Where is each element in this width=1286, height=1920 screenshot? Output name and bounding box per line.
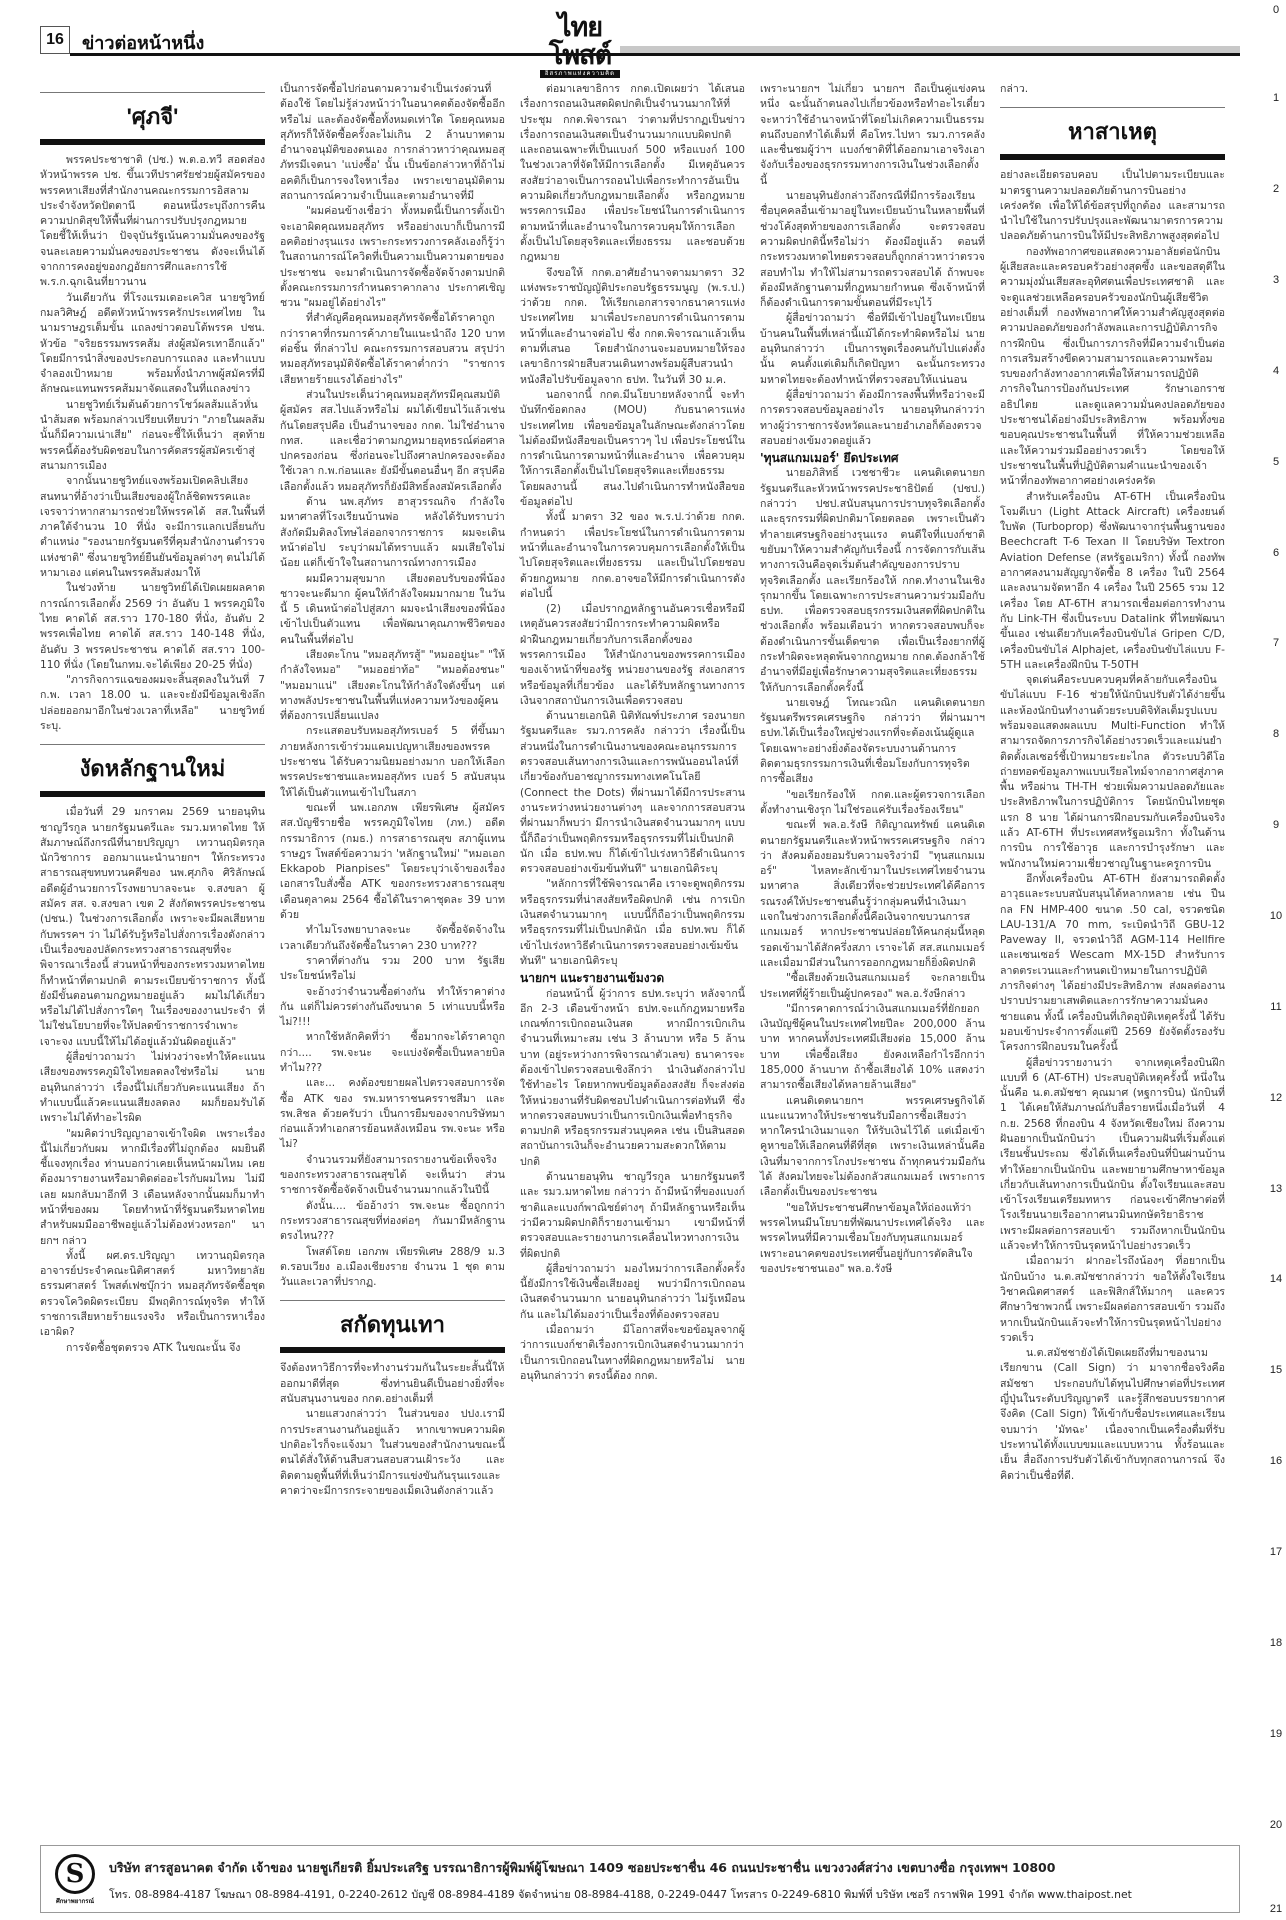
- paragraph: "ขอให้ประชาชนศึกษาข้อมูลให้ถ่องแท้ว่าพรร…: [760, 1201, 985, 1277]
- paragraph: "มีการคาดการณ์ว่าเงินสแกมเมอร์ที่ยักยอกเ…: [760, 1002, 985, 1094]
- paragraph: "หลักการที่ใช้พิจารณาคือ เราจะดูพฤติกรรม…: [520, 877, 745, 969]
- paragraph: ด้านนายอนุทิน ชาญวีรกูล นายกรัฐมนตรีและ …: [520, 1170, 745, 1262]
- section-heading-block-gray-capital: สกัดทุนเทา: [280, 1300, 505, 1353]
- paragraph: ขณะที่ นพ.เอกภพ เพียรพิเศษ ผู้สมัคร สส.บ…: [280, 801, 505, 923]
- paragraph: นายแสวงกล่าวว่า ในส่วนของ ปปง.เรามีการปร…: [280, 1407, 505, 1499]
- paragraph: เมื่อถามว่า ฝากอะไรถึงน้องๆ ที่อยากเป็นน…: [1000, 1254, 1225, 1346]
- paragraph: เพราะนายกฯ ไม่เกี่ยว นายกฯ ถือเป็นคู่แข่…: [760, 82, 985, 189]
- scale-mark: 17: [1266, 1546, 1286, 1558]
- paragraph: ผู้สื่อข่าวถามว่า ต้องมีการลงพื้นที่หรือ…: [760, 388, 985, 449]
- paragraph: กระแสตอบรับหมอสุภัทรเบอร์ 5 ที่ขึ้นมาภาย…: [280, 724, 505, 800]
- paragraph: "ซื้อเสียงด้วยเงินสแกมเมอร์ จะกลายเป็นปร…: [760, 971, 985, 1002]
- scale-mark: 21: [1266, 1903, 1286, 1915]
- publisher-logo-caption: ศึกษาพยากรณ์: [53, 1896, 97, 1906]
- divider-thick: [40, 791, 265, 797]
- scale-mark: 19: [1266, 1728, 1286, 1740]
- paragraph: ผู้สื่อข่าวถามว่า ไม่ห่วงว่าจะทำให้คะแนน…: [40, 1050, 265, 1126]
- paragraph: ผู้สื่อข่าวถามว่า ซื่อทีมีเข้าไปอยู่ในทะ…: [760, 311, 985, 387]
- paragraph: หากใช้หลักคิดที่ว่า ซื้อมากจะได้ราคาถูกก…: [280, 1030, 505, 1076]
- divider: [40, 744, 265, 745]
- scale-mark: 10: [1266, 910, 1286, 922]
- paragraph: จะอ้างว่าจำนวนซื้อต่างกัน ทำให้ราคาต่างก…: [280, 985, 505, 1031]
- scale-mark: 6: [1266, 547, 1286, 559]
- paragraph: ผู้สื่อข่าวถามว่า มองไหมว่าการเลือกตั้งค…: [520, 1262, 745, 1323]
- paragraph: จำนวนรวมที่ยังสามารถรายงานข้อเท็จจริงของ…: [280, 1153, 505, 1199]
- scale-mark: 15: [1266, 1364, 1286, 1376]
- scale-mark: 12: [1266, 1092, 1286, 1104]
- publisher-info: บริษัท สารสูอนาคต จำกัด เจ้าของ นายชูเกี…: [109, 1858, 1055, 1878]
- logo-text: ไทยโพสต์: [540, 14, 620, 70]
- section-heading-title: 'ศุภจี': [40, 103, 265, 131]
- paragraph: ผมมีความสุขมาก เสียงตอบรับของพี่น้องชาวจ…: [280, 572, 505, 648]
- paragraph: ดังนั้น.... ข้ออ้างว่า รพ.จะนะ ซื้อถูกกว…: [280, 1199, 505, 1245]
- paragraph: นายชูวิทย์เริ่มต้นด้วยการโชว์ผลส้มแล้วหั…: [40, 398, 265, 474]
- subheading: นายกฯ แนะรายงานเข้มงวด: [520, 971, 745, 986]
- paragraph: นายอภิสิทธิ์ เวชชาชีวะ แคนดิเดตนายกรัฐมน…: [760, 466, 985, 695]
- paragraph: ทั้งนี้ มาตรา 32 ของ พ.ร.ป.ว่าด้วย กกต. …: [520, 510, 745, 602]
- paragraph: "ผมคิดว่าปริญญาอาจเข้าใจผิด เพราะเรื่องน…: [40, 1127, 265, 1249]
- divider: [280, 1300, 505, 1301]
- logo-tagline: อิสรภาพแห่งความคิด: [540, 70, 620, 78]
- paragraph: เป็นการจัดซื้อไปก่อนตามความจำเป็นเร่งด่ว…: [280, 82, 505, 204]
- thaipost-logo: ไทยโพสต์ อิสรภาพแห่งความคิด: [540, 14, 620, 54]
- column-4: เพราะนายกฯ ไม่เกี่ยว นายกฯ ถือเป็นคู่แข่…: [760, 82, 985, 1277]
- divider: [40, 92, 265, 93]
- column-3: ต่อมาเลขาธิการ กกต.เปิดเผยว่า ได้เสนอเรื…: [520, 82, 745, 1384]
- publisher-logo-icon: [55, 1854, 95, 1894]
- scale-mark: 11: [1266, 1001, 1286, 1013]
- paragraph: ในช่วงท้าย นายชูวิทย์ได้เปิดเผยผลคาดการณ…: [40, 581, 265, 673]
- publisher-contact: โทร. 08-8984-4187 โฆษณา 08-8984-4191, 0-…: [109, 1886, 1132, 1903]
- scale-mark: 16: [1266, 1455, 1286, 1467]
- scale-mark: 3: [1266, 274, 1286, 286]
- paragraph: (2) เมื่อปรากฏหลักฐานอันควรเชื่อหรือมีเห…: [520, 602, 745, 709]
- paragraph: กล่าว.: [1000, 82, 1225, 97]
- paragraph: อีกทั้งเครื่องบิน AT-6TH ยังสามารถติดตั้…: [1000, 872, 1225, 1056]
- paragraph: วันเดียวกัน ที่โรงแรมเดอะเควิส นายชูวิทย…: [40, 291, 265, 398]
- paragraph: ส่วนในประเด็นว่าคุณหมอสุภัทรมีคุณสมบัติผ…: [280, 388, 505, 495]
- paragraph: "ผมค่อนข้างเชื่อว่า ทั้งหมดนี้เป็นการตั้…: [280, 204, 505, 311]
- paragraph: ด้านนายเอกนิติ นิติทัณฑ์ประภาศ รองนายกรั…: [520, 709, 745, 877]
- paragraph: อย่างละเอียดรอบคอบ เป็นไปตามระเบียบและมา…: [1000, 168, 1225, 244]
- page-header: 16 ข่าวต่อหน้าหนึ่ง ไทยโพสต์ อิสรภาพแห่ง…: [40, 26, 1240, 60]
- section-heading-title: หาสาเหตุ: [1000, 118, 1225, 146]
- scale-mark: 18: [1266, 1637, 1286, 1649]
- header-grey-band: [620, 46, 1240, 53]
- divider-thick: [1000, 154, 1225, 160]
- divider: [1000, 107, 1225, 108]
- paragraph: "ขอเรียกร้องให้ กกต.และผู้ตรวจการเลือกตั…: [760, 788, 985, 819]
- paragraph: ทำไมโรงพยาบาลจะนะ จัดซื้อจัดจ้างในเวลาเด…: [280, 923, 505, 954]
- paragraph: ทั้งนี้ ผศ.ดร.ปริญญา เทวานฤมิตรกุล อาจาร…: [40, 1249, 265, 1341]
- paragraph: จึงขอให้ กกต.อาศัยอำนาจตามมาตรา 32 แห่งพ…: [520, 266, 745, 388]
- paragraph: นายอนุทินยังกล่าวถึงกรณีที่มีการร้องเรีย…: [760, 189, 985, 311]
- scale-mark: 9: [1266, 819, 1286, 831]
- paragraph: ผู้สื่อข่าวรายงานว่า จากเหตุเครื่องบินฝึ…: [1000, 1056, 1225, 1255]
- scale-mark: 20: [1266, 1819, 1286, 1831]
- column-2: เป็นการจัดซื้อไปก่อนตามความจำเป็นเร่งด่ว…: [280, 82, 505, 1499]
- subheading: 'ทุนสแกมเมอร์' ยึดประเทศ: [760, 451, 985, 466]
- publisher-logo: ศึกษาพยากรณ์: [53, 1854, 97, 1906]
- scale-mark: 1: [1266, 92, 1286, 104]
- paragraph: ขณะที่ พล.อ.รังษี กิติญาณทรัพย์ แคนดิเดต…: [760, 818, 985, 971]
- paragraph: จุดเด่นคือระบบควบคุมที่คล้ายกับเครื่องบิ…: [1000, 673, 1225, 872]
- scale-mark: 13: [1266, 1183, 1286, 1195]
- publisher-footer: ศึกษาพยากรณ์ บริษัท สารสูอนาคต จำกัด เจ้…: [40, 1845, 1240, 1913]
- paragraph: เสียงตะโกน "หมอสุภัทรสู้" "หมออยู่นะ" "ใ…: [280, 648, 505, 724]
- paragraph: จากนั้นนายชูวิทย์แจงพร้อมเปิดคลิปเสียงสน…: [40, 474, 265, 581]
- divider-thick: [280, 1347, 505, 1353]
- paragraph: เมื่อวันที่ 29 มกราคม 2569 นายอนุทิน ชาญ…: [40, 805, 265, 1050]
- scale-mark: 0: [1266, 4, 1286, 16]
- paragraph: น.ต.สมัชชายังได้เปิดเผยถึงที่มาของนามเรี…: [1000, 1346, 1225, 1484]
- paragraph: การจัดซื้อชุดตรวจ ATK ในขณะนั้น จึง: [40, 1341, 265, 1356]
- scale-mark: 5: [1266, 456, 1286, 468]
- paragraph: พรรคประชาชาติ (ปช.) พ.ต.อ.ทวี สอดส่อง หั…: [40, 153, 265, 291]
- header-rule: [70, 53, 1240, 56]
- paragraph: ด้าน นพ.สุภัทร ฮาสุวรรณกิจ กำลังใจมหาศาล…: [280, 495, 505, 571]
- scale-mark: 2: [1266, 183, 1286, 195]
- scale-mark: 7: [1266, 637, 1286, 649]
- section-heading-title: สกัดทุนเทา: [280, 1311, 505, 1339]
- column-5: กล่าว. หาสาเหตุ อย่างละเอียดรอบคอบ เป็นไ…: [1000, 82, 1225, 1484]
- paragraph: และ... คงต้องขยายผลไปตรวจสอบการจัดซื้อ A…: [280, 1076, 505, 1152]
- paragraph: ราคาที่ต่างกัน รวม 200 บาท รัฐเสียประโยช…: [280, 954, 505, 985]
- paragraph: จึงต้องหาวิธีการที่จะทำงานร่วมกันในระยะส…: [280, 1361, 505, 1407]
- paragraph: "ภารกิจการแฉของผมจะสิ้นสุดลงในวันที่ 7 ก…: [40, 673, 265, 734]
- paragraph: ก่อนหน้านี้ ผู้ว่าการ ธปท.ระบุว่า หลังจา…: [520, 987, 745, 1171]
- paragraph: แคนดิเดตนายกฯ พรรคเศรษฐกิจได้แนะแนวทางให…: [760, 1094, 985, 1201]
- page-number: 16: [40, 26, 70, 54]
- paragraph: สำหรับเครื่องบิน AT-6TH เป็นเครื่องบินโจ…: [1000, 490, 1225, 674]
- paragraph: ที่สำคัญคือคุณหมอสุภัทรจัดซื้อได้ราคาถูก…: [280, 311, 505, 387]
- column-1: 'ศุภจี' พรรคประชาชาติ (ปช.) พ.ต.อ.ทวี สอ…: [40, 82, 265, 1356]
- paragraph: เมื่อถามว่า มีโอกาสที่จะขอข้อมูลจากผู้ว่…: [520, 1323, 745, 1384]
- paragraph: ต่อมาเลขาธิการ กกต.เปิดเผยว่า ได้เสนอเรื…: [520, 82, 745, 266]
- scale-mark: 4: [1266, 365, 1286, 377]
- scale-mark: 14: [1266, 1273, 1286, 1285]
- paragraph: กองทัพอากาศขอแสดงความอาลัยต่อนักบินผู้เส…: [1000, 245, 1225, 490]
- section-heading-title: งัดหลักฐานใหม่: [40, 755, 265, 783]
- section-heading-find-cause: หาสาเหตุ: [1000, 107, 1225, 160]
- divider-thick: [40, 139, 265, 145]
- scale-mark: 8: [1266, 728, 1286, 740]
- newspaper-page: 16 ข่าวต่อหน้าหนึ่ง ไทยโพสต์ อิสรภาพแห่ง…: [40, 0, 1240, 1920]
- paragraph: นอกจากนี้ กกต.มีนโยบายหลังจากนี้ จะทำบัน…: [520, 388, 745, 510]
- section-heading-new-evidence: งัดหลักฐานใหม่: [40, 744, 265, 797]
- paragraph: นายเจษฎ์ โทณะวณิก แคนดิเดตนายกรัฐมนตรีพร…: [760, 696, 985, 788]
- paragraph: โพสต์โดย เอกภพ เพียรพิเศษ 288/9 ม.3 ต.รอ…: [280, 1245, 505, 1291]
- margin-scale: 0 1 2 3 4 5 6 7 8 9 10 11 12 13 14 15 16…: [1266, 0, 1286, 1920]
- section-heading-supachee: 'ศุภจี': [40, 92, 265, 145]
